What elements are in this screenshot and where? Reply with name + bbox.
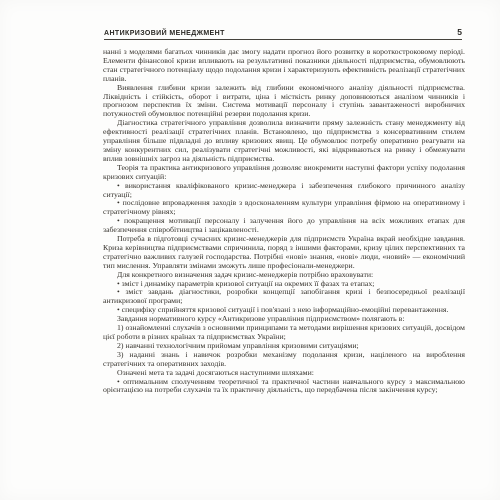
- paragraph: Потреба в підготовці сучасних кризис-мен…: [103, 235, 465, 271]
- bullet-item: • зміст завдань діагностики, розробки ко…: [103, 288, 465, 306]
- numbered-item: 1) ознайомленні слухачів з основними при…: [103, 324, 465, 342]
- paragraph: Теорія та практика антикризового управлі…: [103, 164, 465, 182]
- page-body: нанні з моделями багатьох чинників дає з…: [103, 48, 465, 395]
- header-rule: [104, 39, 462, 40]
- bullet-item: • послідовне впровадження заходів з вдос…: [103, 199, 465, 217]
- numbered-item: 3) наданні знань і навичок розробки меха…: [103, 351, 465, 369]
- bullet-item: • покращення мотивації персоналу і залуч…: [103, 217, 465, 235]
- bullet-item: • використання кваліфікованого кризис-ме…: [103, 182, 465, 200]
- page-header: АНТИКРИЗОВИЙ МЕНЕДЖМЕНТ 5: [104, 27, 462, 37]
- page-number: 5: [457, 27, 462, 37]
- paragraph: Виявлення глибини кризи залежить від гли…: [103, 84, 465, 120]
- running-title: АНТИКРИЗОВИЙ МЕНЕДЖМЕНТ: [104, 30, 225, 37]
- paragraph-continuation: нанні з моделями багатьох чинників дає з…: [103, 48, 465, 84]
- scanned-book-page: АНТИКРИЗОВИЙ МЕНЕДЖМЕНТ 5 нанні з моделя…: [0, 0, 500, 500]
- paragraph: Діагностика стратегічного управління доз…: [103, 119, 465, 164]
- bullet-item: • оптимальним сполученням теоретичної та…: [103, 378, 465, 396]
